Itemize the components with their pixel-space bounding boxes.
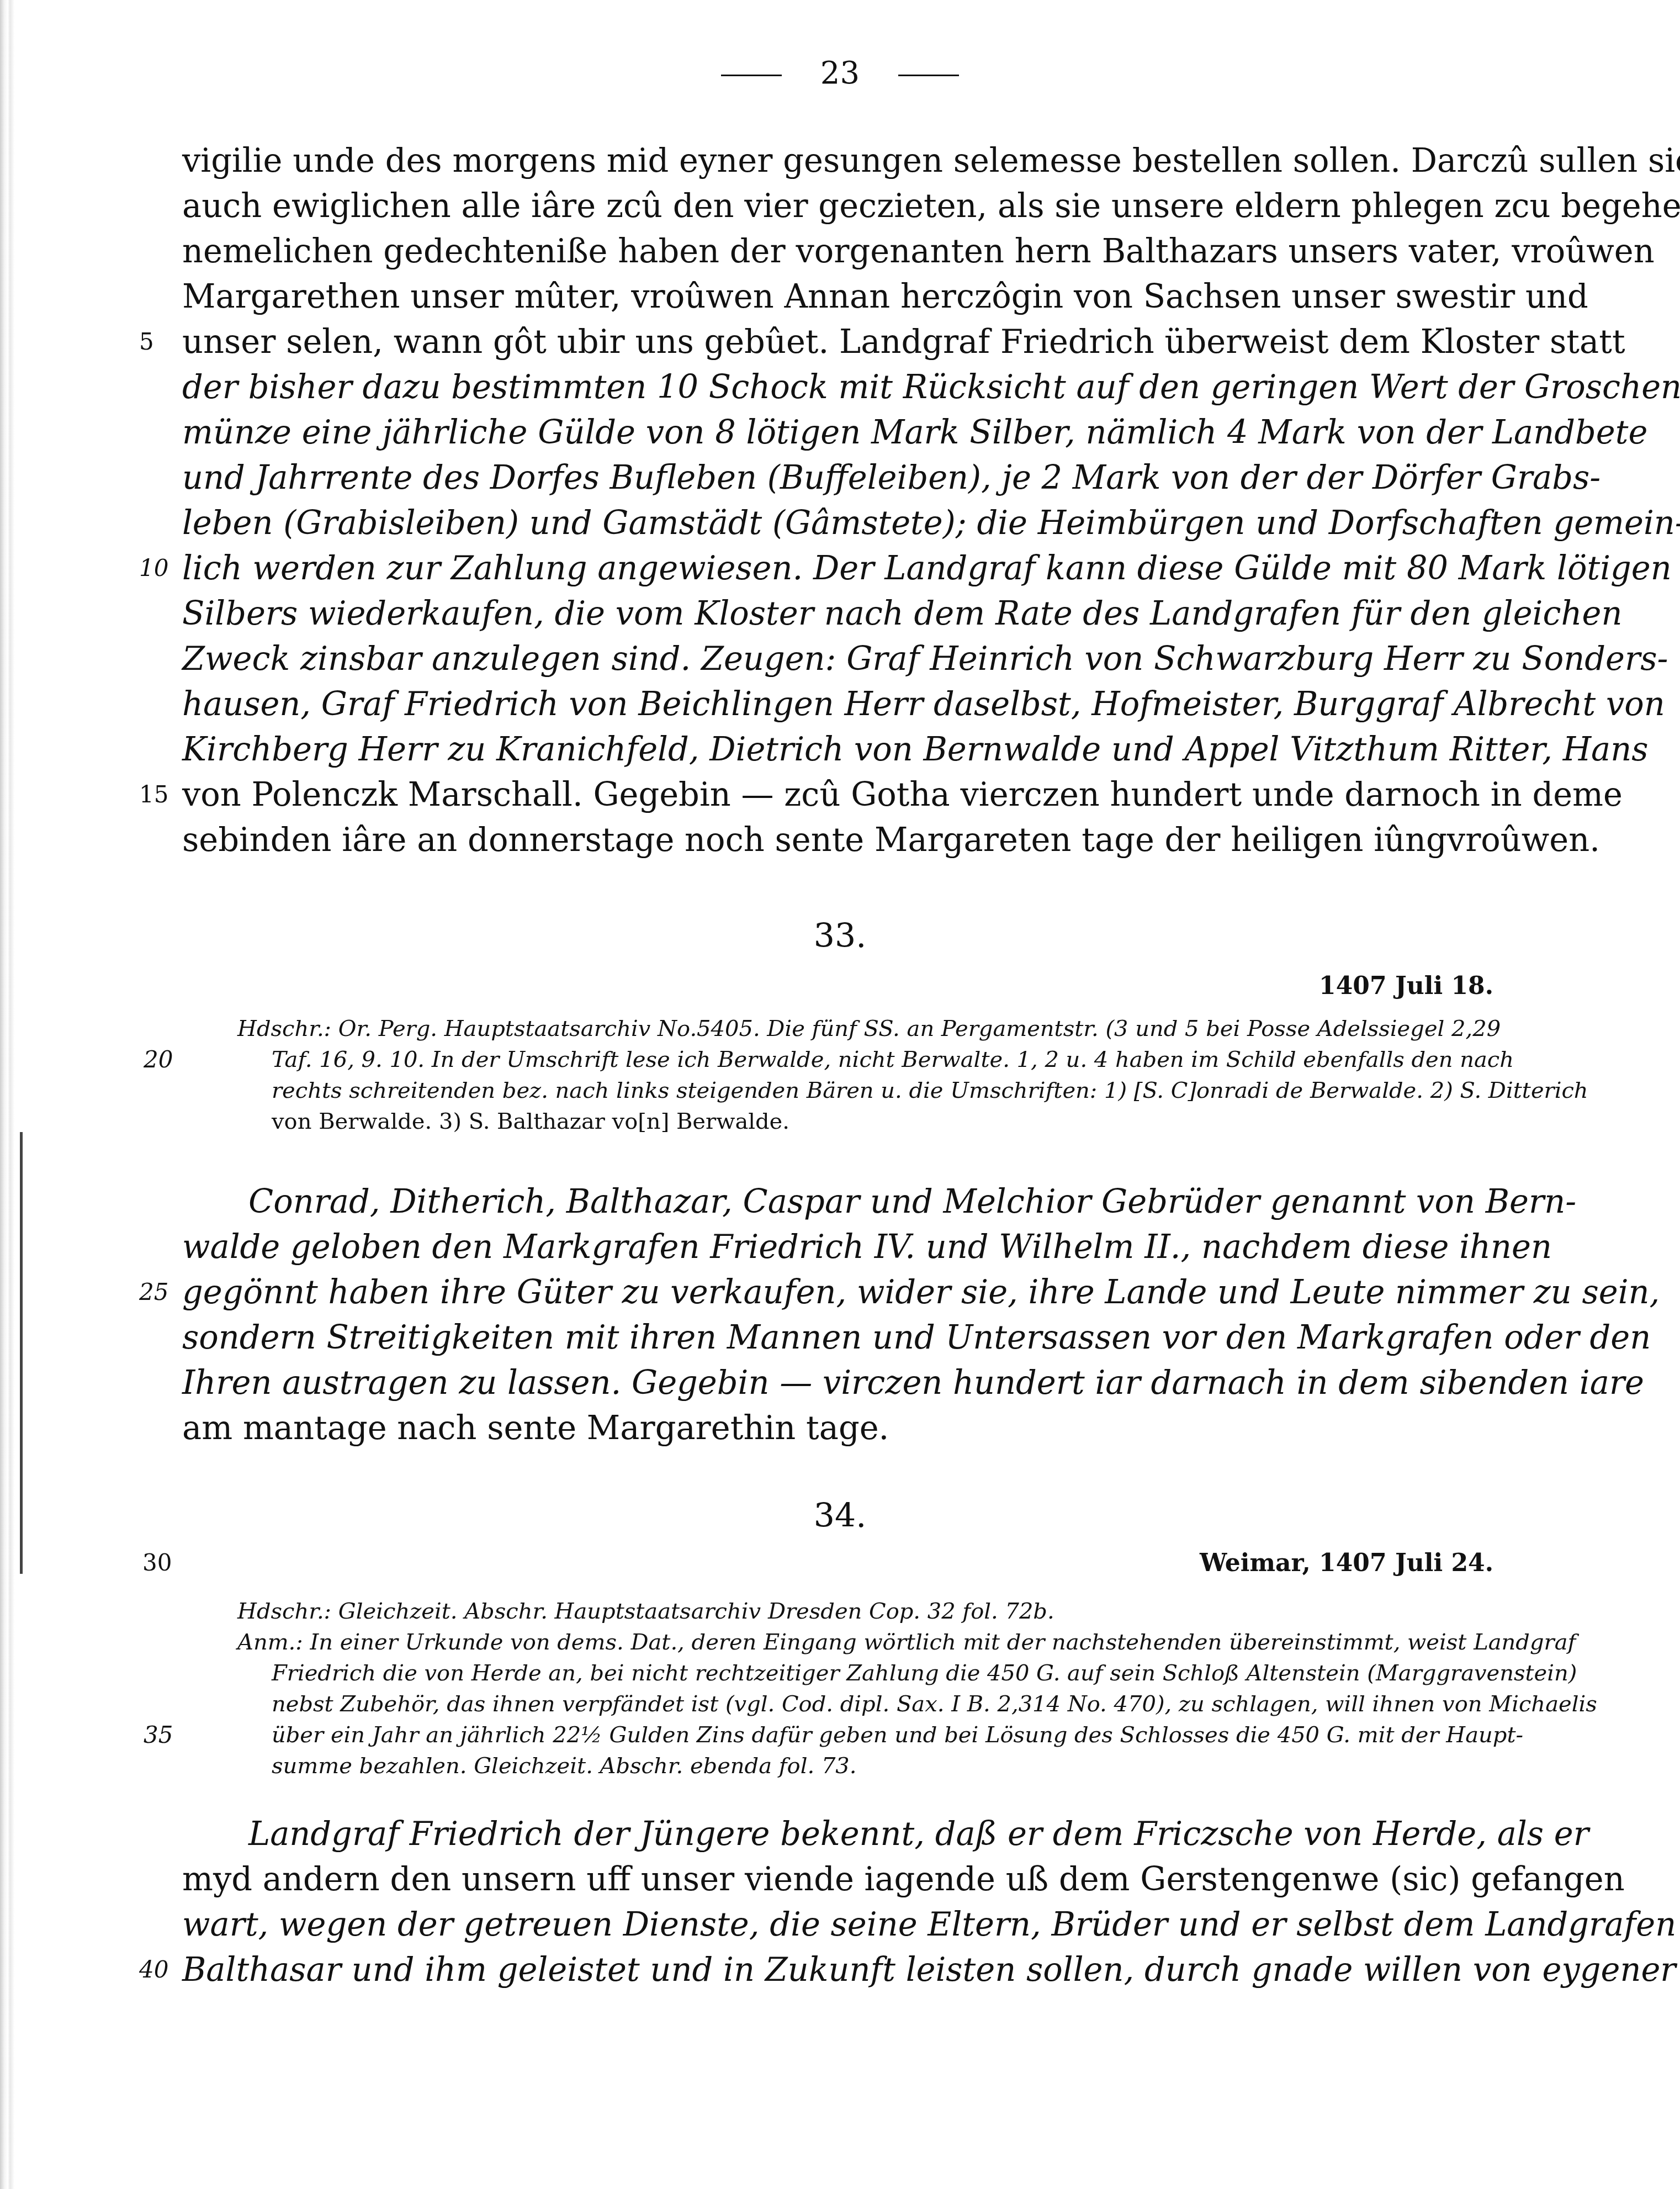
line-number: 5 <box>139 319 154 364</box>
text-line: Ihren austragen zu lassen. Gegebin — vir… <box>182 1360 1491 1405</box>
document-date-34: Weimar, 1407 Juli 24. <box>1200 1549 1493 1577</box>
text-line: der bisher dazu bestimmten 10 Schock mit… <box>182 364 1491 410</box>
line-number: 15 <box>139 772 168 817</box>
document-number-34: 34. <box>0 1497 1680 1535</box>
text-line: sondern Streitigkeiten mit ihren Mannen … <box>182 1315 1491 1360</box>
text-line: auch ewiglichen alle iâre zcû den vier g… <box>182 183 1491 229</box>
text-line: Landgraf Friedrich der Jüngere bekennt, … <box>182 1811 1491 1857</box>
note-block-33: Hdschr.: Or. Perg. Hauptstaatsarchiv No.… <box>237 1013 1491 1137</box>
text-line: 15von Polenczk Marschall. Gegebin — zcû … <box>182 772 1491 817</box>
note-line: Anm.: In einer Urkunde von dems. Dat., d… <box>237 1627 1491 1658</box>
note-line: von Berwalde. 3) S. Balthazar vo[n] Berw… <box>237 1106 1491 1137</box>
text-line: hausen, Graf Friedrich von Beichlingen H… <box>182 681 1491 727</box>
text-line: Margarethen unser mûter, vroûwen Annan h… <box>182 274 1491 319</box>
text-line: Silbers wiederkaufen, die vom Kloster na… <box>182 591 1491 636</box>
text-line: 5unser selen, wann gôt ubir uns gebûet. … <box>182 319 1491 364</box>
note-line: nebst Zubehör, das ihnen verpfändet ist … <box>237 1689 1491 1720</box>
line-number: 40 <box>139 1947 168 1992</box>
note-line: 35über ein Jahr an jährlich 22½ Gulden Z… <box>237 1720 1491 1751</box>
text-line: und Jahrrente des Dorfes Bufleben (Buffe… <box>182 455 1491 500</box>
line-number: 30 <box>142 1549 172 1576</box>
line-number: 10 <box>139 546 168 591</box>
text-line: Kirchberg Herr zu Kranichfeld, Dietrich … <box>182 727 1491 772</box>
document-number-33: 33. <box>0 917 1680 955</box>
dash-left <box>721 75 782 76</box>
note-line: summe bezahlen. Gleichzeit. Abschr. eben… <box>237 1751 1491 1781</box>
text-line: nemelichen gedechteniße haben der vorgen… <box>182 229 1491 274</box>
note-block-34: Hdschr.: Gleichzeit. Abschr. Hauptstaats… <box>237 1596 1491 1781</box>
page-number: 23 <box>0 55 1680 91</box>
note-line: Hdschr.: Gleichzeit. Abschr. Hauptstaats… <box>237 1596 1491 1627</box>
line-number: 35 <box>144 1720 173 1751</box>
note-line: Hdschr.: Or. Perg. Hauptstaatsarchiv No.… <box>237 1013 1491 1044</box>
text-line: sebinden iâre an donnerstage noch sente … <box>182 817 1491 863</box>
text-line: myd andern den unsern uff unser viende i… <box>182 1857 1491 1902</box>
line-number: 25 <box>139 1270 168 1315</box>
body-block-34: Landgraf Friedrich der Jüngere bekennt, … <box>182 1811 1491 1992</box>
line-number: 20 <box>144 1044 173 1075</box>
text-line: 25gegönnt haben ihre Güter zu verkaufen,… <box>182 1270 1491 1315</box>
text-line: wart, wegen der getreuen Dienste, die se… <box>182 1902 1491 1947</box>
text-line: leben (Grabisleiben) und Gamstädt (Gâmst… <box>182 500 1491 546</box>
text-line: 40Balthasar und ihm geleistet und in Zuk… <box>182 1947 1491 1992</box>
text-line: walde geloben den Markgrafen Friedrich I… <box>182 1224 1491 1270</box>
note-line: rechts schreitenden bez. nach links stei… <box>237 1075 1491 1106</box>
text-line: 10lich werden zur Zahlung angewiesen. De… <box>182 546 1491 591</box>
scan-edge <box>0 0 17 2189</box>
body-block-33: Conrad, Ditherich, Balthazar, Caspar und… <box>182 1179 1491 1451</box>
document-date-33: 1407 Juli 18. <box>1319 972 1493 1000</box>
text-line: Conrad, Ditherich, Balthazar, Caspar und… <box>182 1179 1491 1224</box>
note-line: Friedrich die von Herde an, bei nicht re… <box>237 1658 1491 1689</box>
text-line: Zweck zinsbar anzulegen sind. Zeugen: Gr… <box>182 636 1491 681</box>
text-line: vigilie unde des morgens mid eyner gesun… <box>182 138 1491 183</box>
text-line: münze eine jährliche Gülde von 8 lötigen… <box>182 410 1491 455</box>
top-text-block: vigilie unde des morgens mid eyner gesun… <box>182 138 1491 863</box>
dash-right <box>898 75 959 76</box>
note-line: 20Taf. 16, 9. 10. In der Umschrift lese … <box>237 1044 1491 1075</box>
text-line: am mantage nach sente Margarethin tage. <box>182 1405 1491 1451</box>
